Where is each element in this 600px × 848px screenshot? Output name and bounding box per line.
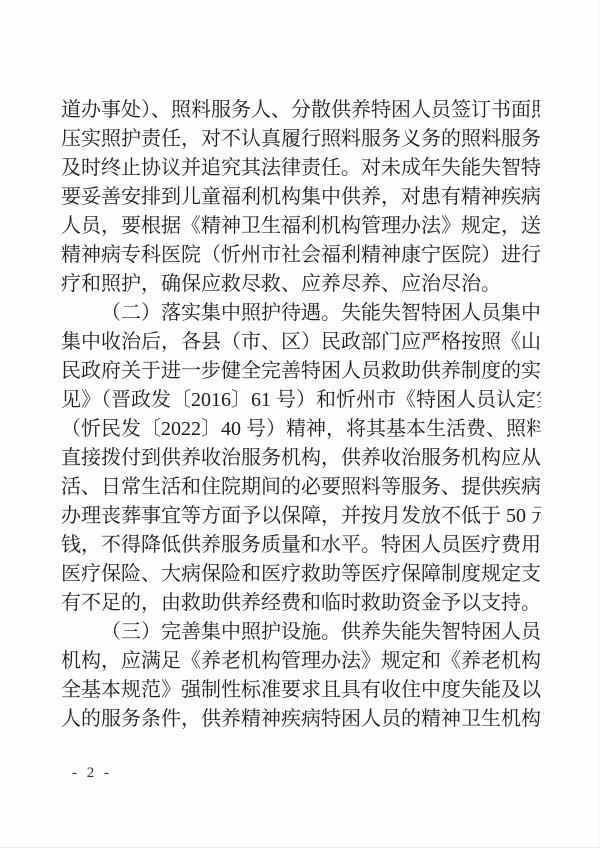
text-line: 民政府关于进一步健全完善特困人员救助供养制度的实施意 <box>61 357 541 386</box>
text-line: （三）完善集中照护设施。供养失能失智特困人员的养老 <box>61 618 541 647</box>
text-line: （忻民发〔2022〕40 号）精神，将其基本生活费、照料护理费 <box>61 415 541 444</box>
text-line: 有不足的，由救助供养经费和临时救助资金予以支持。 <box>61 589 541 618</box>
document-page: 道办事处）、照料服务人、分散供养特困人员签订书面照护协议， 压实照护责任，对不认… <box>0 0 600 848</box>
text-line: 要妥善安排到儿童福利机构集中供养，对患有精神疾病的特困 <box>61 183 541 212</box>
page-number: - 2 - <box>72 763 112 783</box>
text-line: 钱，不得降低供养服务质量和水平。特困人员医疗费用在基本 <box>61 531 541 560</box>
text-line: 道办事处）、照料服务人、分散供养特困人员签订书面照护协议， <box>61 96 541 125</box>
text-line: 见》（晋政发〔2016〕61 号）和忻州市《特困人员认定实施办法》 <box>61 386 541 415</box>
text-line: 全基本规范》强制性标准要求且具有收住中度失能及以上老年 <box>61 676 541 705</box>
text-line: 人的服务条件，供养精神疾病特困人员的精神卫生机构，应按 <box>61 705 541 734</box>
text-line: 精神病专科医院（忻州市社会福利精神康宁医院）进行系统治 <box>61 241 541 270</box>
text-line: 医疗保险、大病保险和医疗救助等医疗保障制度规定支付后仍 <box>61 560 541 589</box>
text-line: （二）落实集中照护待遇。失能失智特困人员集中供养、 <box>61 299 541 328</box>
text-line: 办理丧葬事宜等方面予以保障，并按月发放不低于 50 元的零用 <box>61 502 541 531</box>
text-line: 集中收治后，各县（市、区）民政部门应严格按照《山西省人 <box>61 328 541 357</box>
text-line: 疗和照护，确保应救尽救、应养尽养、应治尽治。 <box>61 270 541 299</box>
text-line: 活、日常生活和住院期间的必要照料等服务、提供疾病治疗、 <box>61 473 541 502</box>
text-line: 人员，要根据《精神卫生福利机构管理办法》规定，送交公立 <box>61 212 541 241</box>
text-line: 直接拨付到供养收治服务机构，供养收治服务机构应从基本生 <box>61 444 541 473</box>
text-line: 机构，应满足《养老机构管理办法》规定和《养老机构服务安 <box>61 647 541 676</box>
text-line: 及时终止协议并追究其法律责任。对未成年失能失智特困人员 <box>61 154 541 183</box>
text-block: 道办事处）、照料服务人、分散供养特困人员签订书面照护协议， 压实照护责任，对不认… <box>61 96 541 734</box>
text-line: 压实照护责任，对不认真履行照料服务义务的照料服务人，要 <box>61 125 541 154</box>
